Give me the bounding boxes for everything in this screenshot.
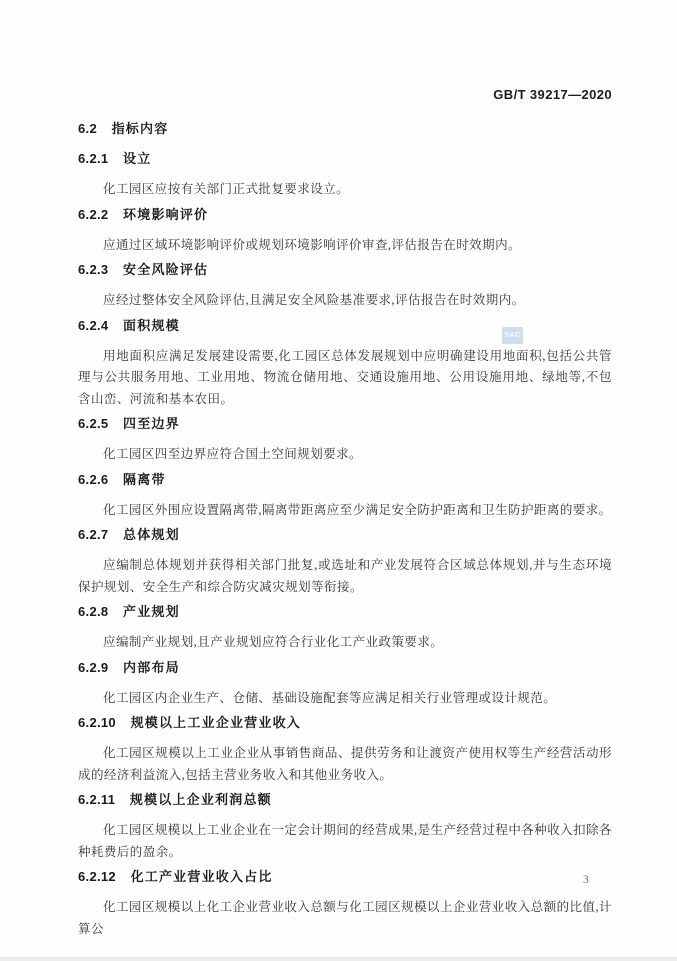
section-title: 化工产业营业收入占比 xyxy=(131,869,273,884)
section-body: 化工园区四至边界应符合国土空间规划要求。 xyxy=(78,444,612,466)
section-number: 6.2.6 xyxy=(78,472,108,487)
section-heading: 6.2.8 产业规划 xyxy=(78,605,612,619)
section-heading: 6.2.5 四至边界 xyxy=(78,417,612,431)
section-body: 应编制产业规划,且产业规划应符合行业化工产业政策要求。 xyxy=(78,632,612,654)
section: 6.2.7 总体规划 应编制总体规划并获得相关部门批复,或选址和产业发展符合区域… xyxy=(78,528,612,598)
section: 6.2.8 产业规划 应编制产业规划,且产业规划应符合行业化工产业政策要求。 xyxy=(78,605,612,654)
section-title: 设立 xyxy=(123,151,151,166)
section-number: 6.2.9 xyxy=(78,660,108,675)
section-body: 应经过整体安全风险评估,且满足安全风险基准要求,评估报告在时效期内。 xyxy=(78,290,612,312)
document-content: 6.2 指标内容 6.2.1 设立 化工园区应按有关部门正式批复要求设立。 6.… xyxy=(78,116,612,940)
document-page: GB/T 39217—2020 SAC 6.2 指标内容 6.2.1 设立 化工… xyxy=(0,0,677,961)
section: 6.2.1 设立 化工园区应按有关部门正式批复要求设立。 xyxy=(78,152,612,201)
section-title: 产业规划 xyxy=(123,604,180,619)
section-title: 安全风险评估 xyxy=(123,262,208,277)
section: 6.2.10 规模以上工业企业营业收入 化工园区规模以上工业企业从事销售商品、提… xyxy=(78,716,612,786)
section-title: 总体规划 xyxy=(123,527,180,542)
section-number: 6.2.12 xyxy=(78,869,116,884)
section-number: 6.2 xyxy=(78,121,97,136)
section-title: 规模以上企业利润总额 xyxy=(130,792,272,807)
section-body: 化工园区应按有关部门正式批复要求设立。 xyxy=(78,179,612,201)
section-heading: 6.2.7 总体规划 xyxy=(78,528,612,542)
section-body: 应通过区域环境影响评价或规划环境影响评价审查,评估报告在时效期内。 xyxy=(78,235,612,257)
section-body: 用地面积应满足发展建设需要,化工园区总体发展规划中应明确建设用地面积,包括公共管… xyxy=(78,346,612,411)
section-heading: 6.2.3 安全风险评估 xyxy=(78,263,612,277)
section-heading: 6.2.9 内部布局 xyxy=(78,661,612,675)
section-title: 环境影响评价 xyxy=(123,207,208,222)
section-heading: 6.2.4 面积规模 xyxy=(78,319,612,333)
section-title: 规模以上工业企业营业收入 xyxy=(131,715,301,730)
scan-edge-strip xyxy=(0,957,677,961)
page-header: GB/T 39217—2020 xyxy=(0,88,612,102)
section: 6.2.2 环境影响评价 应通过区域环境影响评价或规划环境影响评价审查,评估报告… xyxy=(78,208,612,257)
section-number: 6.2.2 xyxy=(78,207,108,222)
section-number: 6.2.7 xyxy=(78,527,108,542)
section-title: 指标内容 xyxy=(112,121,169,136)
section: 6.2.4 面积规模 用地面积应满足发展建设需要,化工园区总体发展规划中应明确建… xyxy=(78,319,612,411)
section-body: 应编制总体规划并获得相关部门批复,或选址和产业发展符合区域总体规划,并与生态环境… xyxy=(78,555,612,598)
section: 6.2 指标内容 xyxy=(78,122,612,136)
section: 6.2.11 规模以上企业利润总额 化工园区规模以上工业企业在一定会计期间的经营… xyxy=(78,793,612,863)
section-heading: 6.2.10 规模以上工业企业营业收入 xyxy=(78,716,612,730)
section-number: 6.2.8 xyxy=(78,604,108,619)
section: 6.2.5 四至边界 化工园区四至边界应符合国土空间规划要求。 xyxy=(78,417,612,466)
section: 6.2.9 内部布局 化工园区内企业生产、仓储、基础设施配套等应满足相关行业管理… xyxy=(78,661,612,710)
section: 6.2.12 化工产业营业收入占比 化工园区规模以上化工企业营业收入总额与化工园… xyxy=(78,870,612,940)
section-title: 面积规模 xyxy=(123,318,180,333)
section-number: 6.2.4 xyxy=(78,318,108,333)
section: 6.2.6 隔离带 化工园区外围应设置隔离带,隔离带距离应至少满足安全防护距离和… xyxy=(78,473,612,522)
section-number: 6.2.3 xyxy=(78,262,108,277)
section-title: 四至边界 xyxy=(123,416,180,431)
section-body: 化工园区规模以上工业企业在一定会计期间的经营成果,是生产经营过程中各种收入扣除各… xyxy=(78,820,612,863)
standard-code: GB/T 39217—2020 xyxy=(493,87,612,102)
section-body: 化工园区规模以上工业企业从事销售商品、提供劳务和让渡资产使用权等生产经营活动形成… xyxy=(78,743,612,786)
section-number: 6.2.10 xyxy=(78,715,116,730)
section-heading: 6.2.6 隔离带 xyxy=(78,473,612,487)
section-number: 6.2.1 xyxy=(78,151,108,166)
section-heading: 6.2.2 环境影响评价 xyxy=(78,208,612,222)
section-heading: 6.2.11 规模以上企业利润总额 xyxy=(78,793,612,807)
section-title: 隔离带 xyxy=(123,472,166,487)
section-body: 化工园区外围应设置隔离带,隔离带距离应至少满足安全防护距离和卫生防护距离的要求。 xyxy=(78,500,612,522)
section: 6.2.3 安全风险评估 应经过整体安全风险评估,且满足安全风险基准要求,评估报… xyxy=(78,263,612,312)
section-number: 6.2.5 xyxy=(78,416,108,431)
section-number: 6.2.11 xyxy=(78,792,115,807)
section-body: 化工园区规模以上化工企业营业收入总额与化工园区规模以上企业营业收入总额的比值,计… xyxy=(78,897,612,940)
section-heading: 6.2.1 设立 xyxy=(78,152,612,166)
section-body: 化工园区内企业生产、仓储、基础设施配套等应满足相关行业管理或设计规范。 xyxy=(78,688,612,710)
section-heading: 6.2.12 化工产业营业收入占比 xyxy=(78,870,612,884)
page-number: 3 xyxy=(583,874,589,886)
section-heading: 6.2 指标内容 xyxy=(78,122,612,136)
section-title: 内部布局 xyxy=(123,660,180,675)
